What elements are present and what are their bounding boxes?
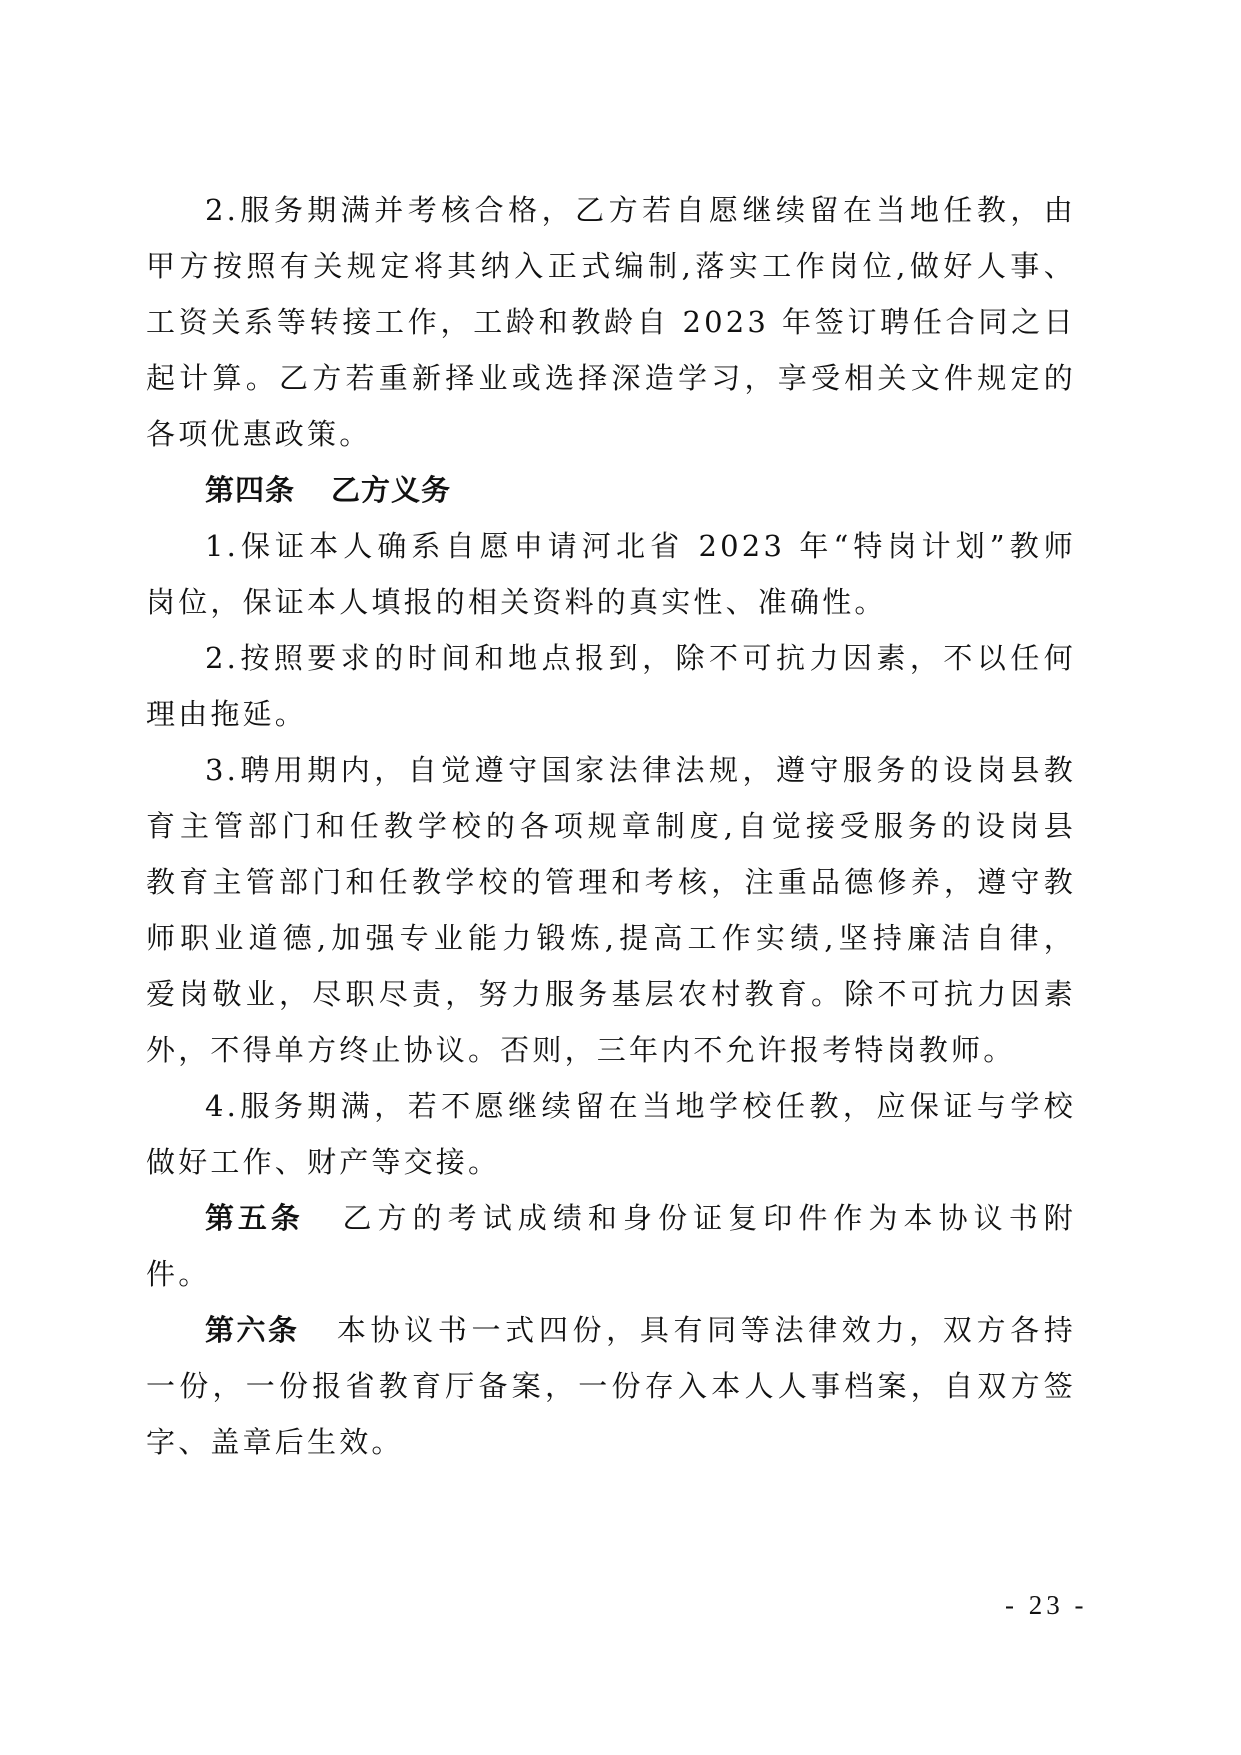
paragraph-line: 师职业道德,加强专业能力锻炼,提高工作实绩,坚持廉洁自律， bbox=[146, 918, 1076, 958]
article-4-heading: 第四条乙方义务 bbox=[205, 470, 1076, 510]
page-number: - 23 - bbox=[1005, 1588, 1087, 1622]
paragraph-line: 2.服务期满并考核合格，乙方若自愿继续留在当地任教，由 bbox=[205, 190, 1076, 230]
paragraph-line: 外，不得单方终止协议。否则，三年内不允许报考特岗教师。 bbox=[146, 1030, 1076, 1070]
paragraph-line: 教育主管部门和任教学校的管理和考核，注重品德修养，遵守教 bbox=[146, 862, 1076, 902]
article-6-line: 第六条本协议书一式四份，具有同等法律效力，双方各持 bbox=[205, 1310, 1076, 1350]
document-page: 2.服务期满并考核合格，乙方若自愿继续留在当地任教，由 甲方按照有关规定将其纳入… bbox=[0, 0, 1241, 1755]
paragraph-line: 育主管部门和任教学校的各项规章制度,自觉接受服务的设岗县 bbox=[146, 806, 1076, 846]
paragraph-line: 件。 bbox=[146, 1254, 1076, 1294]
article-4-label: 第四条 bbox=[205, 473, 295, 507]
article-5-label: 第五条 bbox=[205, 1201, 304, 1235]
paragraph-line: 做好工作、财产等交接。 bbox=[146, 1142, 1076, 1182]
paragraph-line: 3.聘用期内，自觉遵守国家法律法规，遵守服务的设岗县教 bbox=[205, 750, 1076, 790]
paragraph-line: 工资关系等转接工作，工龄和教龄自 2023 年签订聘任合同之日 bbox=[146, 302, 1076, 342]
article-5-text: 乙方的考试成绩和身份证复印件作为本协议书附 bbox=[340, 1201, 1076, 1235]
paragraph-line: 一份，一份报省教育厅备案，一份存入本人人事档案，自双方签 bbox=[146, 1366, 1076, 1406]
paragraph-line: 各项优惠政策。 bbox=[146, 414, 1076, 454]
paragraph-line: 理由拖延。 bbox=[146, 694, 1076, 734]
paragraph-line: 2.按照要求的时间和地点报到，除不可抗力因素，不以任何 bbox=[205, 638, 1076, 678]
article-6-text: 本协议书一式四份，具有同等法律效力，双方各持 bbox=[335, 1313, 1076, 1347]
paragraph-line: 岗位，保证本人填报的相关资料的真实性、准确性。 bbox=[146, 582, 1076, 622]
article-5-line: 第五条乙方的考试成绩和身份证复印件作为本协议书附 bbox=[205, 1198, 1076, 1238]
article-4-title: 乙方义务 bbox=[331, 473, 451, 507]
paragraph-line: 起计算。乙方若重新择业或选择深造学习，享受相关文件规定的 bbox=[146, 358, 1076, 398]
article-6-label: 第六条 bbox=[205, 1313, 299, 1347]
paragraph-line: 字、盖章后生效。 bbox=[146, 1422, 1076, 1462]
paragraph-line: 甲方按照有关规定将其纳入正式编制,落实工作岗位,做好人事、 bbox=[146, 246, 1076, 286]
paragraph-line: 4.服务期满，若不愿继续留在当地学校任教，应保证与学校 bbox=[205, 1086, 1076, 1126]
paragraph-line: 爱岗敬业，尽职尽责，努力服务基层农村教育。除不可抗力因素 bbox=[146, 974, 1076, 1014]
paragraph-line: 1.保证本人确系自愿申请河北省 2023 年“特岗计划”教师 bbox=[205, 526, 1076, 566]
